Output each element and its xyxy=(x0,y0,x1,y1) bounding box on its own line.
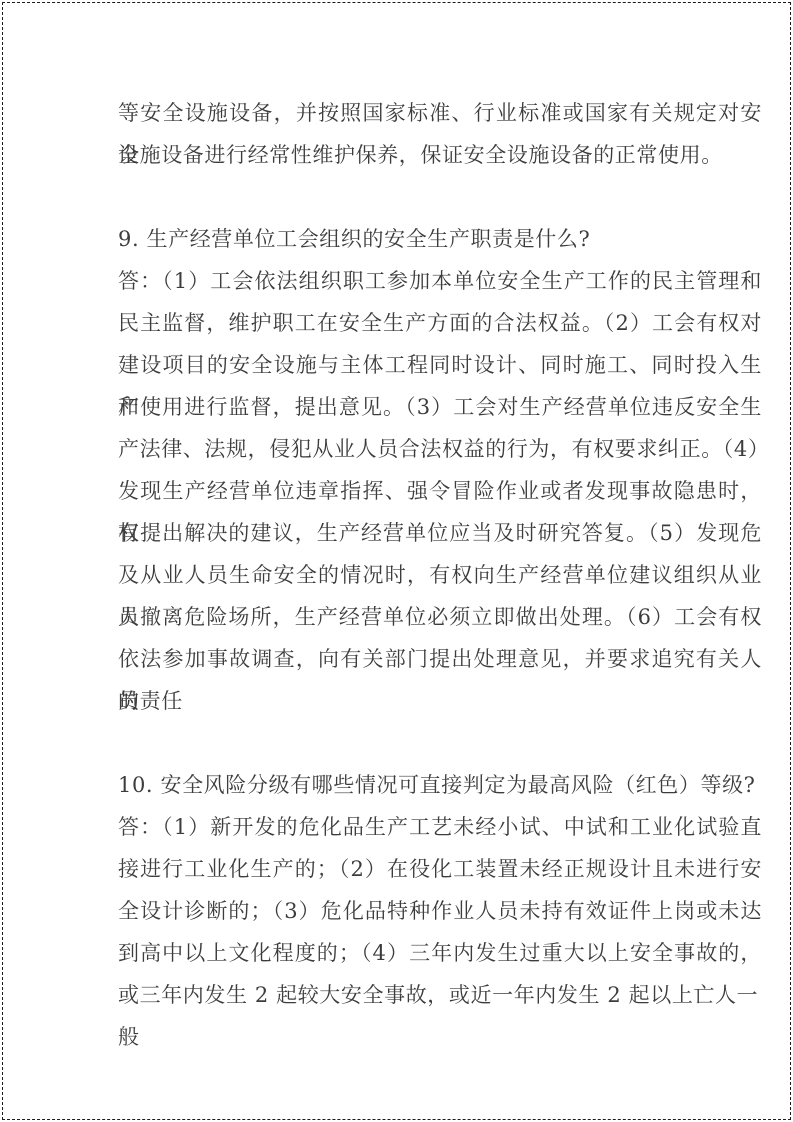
text-line: 或三年内发生 2 起较大安全事故，或近一年内发生 2 起以上亡人一般 xyxy=(118,974,762,1016)
text-line: 建设项目的安全设施与主体工程同时设计、同时施工、同时投入生产 xyxy=(118,344,762,386)
text-line: 全设计诊断的；（3）危化品特种作业人员未持有效证件上岗或未达 xyxy=(118,890,762,932)
text-line: 设施设备进行经常性维护保养，保证安全设施设备的正常使用。 xyxy=(118,134,762,176)
text-line: 产法律、法规，侵犯从业人员合法权益的行为，有权要求纠正。（4） xyxy=(118,428,762,470)
text-line: 发现生产经营单位违章指挥、强令冒险作业或者发现事故隐患时，有 xyxy=(118,470,762,512)
question-9: 9. 生产经营单位工会组织的安全生产职责是什么? xyxy=(118,218,762,260)
text-line: 依法参加事故调查，向有关部门提出处理意见，并要求追究有关人员 xyxy=(118,638,762,680)
text-line: 权提出解决的建议，生产经营单位应当及时研究答复。（5）发现危 xyxy=(118,512,762,554)
text-line: 接进行工业化生产的；（2）在役化工装置未经正规设计且未进行安 xyxy=(118,848,762,890)
text-line: 答：（1）工会依法组织职工参加本单位安全生产工作的民主管理和 xyxy=(118,260,762,302)
text-line: 的责任 xyxy=(118,680,762,722)
text-line: 和使用进行监督，提出意见。（3）工会对生产经营单位违反安全生 xyxy=(118,386,762,428)
text-line: 到高中以上文化程度的；（4）三年内发生过重大以上安全事故的， xyxy=(118,932,762,974)
document-page: 等安全设施设备，并按照国家标准、行业标准或国家有关规定对安全设施设备进行经常性维… xyxy=(0,0,793,1122)
text-line: 答：（1）新开发的危化品生产工艺未经小试、中试和工业化试验直 xyxy=(118,806,762,848)
text-line: 9. 生产经营单位工会组织的安全生产职责是什么? xyxy=(118,218,762,260)
answer-9: 答：（1）工会依法组织职工参加本单位安全生产工作的民主管理和民主监督，维护职工在… xyxy=(118,260,762,722)
document-body: 等安全设施设备，并按照国家标准、行业标准或国家有关规定对安全设施设备进行经常性维… xyxy=(118,92,762,1016)
text-line: 民主监督，维护职工在安全生产方面的合法权益。（2）工会有权对 xyxy=(118,302,762,344)
answer-10: 答：（1）新开发的危化品生产工艺未经小试、中试和工业化试验直接进行工业化生产的；… xyxy=(118,806,762,1016)
text-line: 10. 安全风险分级有哪些情况可直接判定为最高风险（红色）等级? xyxy=(118,764,762,806)
text-line: 及从业人员生命安全的情况时，有权向生产经营单位建议组织从业人 xyxy=(118,554,762,596)
question-10: 10. 安全风险分级有哪些情况可直接判定为最高风险（红色）等级? xyxy=(118,764,762,806)
text-line: 等安全设施设备，并按照国家标准、行业标准或国家有关规定对安全 xyxy=(118,92,762,134)
text-line: 员撤离危险场所，生产经营单位必须立即做出处理。（6）工会有权 xyxy=(118,596,762,638)
paragraph-continuation: 等安全设施设备，并按照国家标准、行业标准或国家有关规定对安全设施设备进行经常性维… xyxy=(118,92,762,176)
